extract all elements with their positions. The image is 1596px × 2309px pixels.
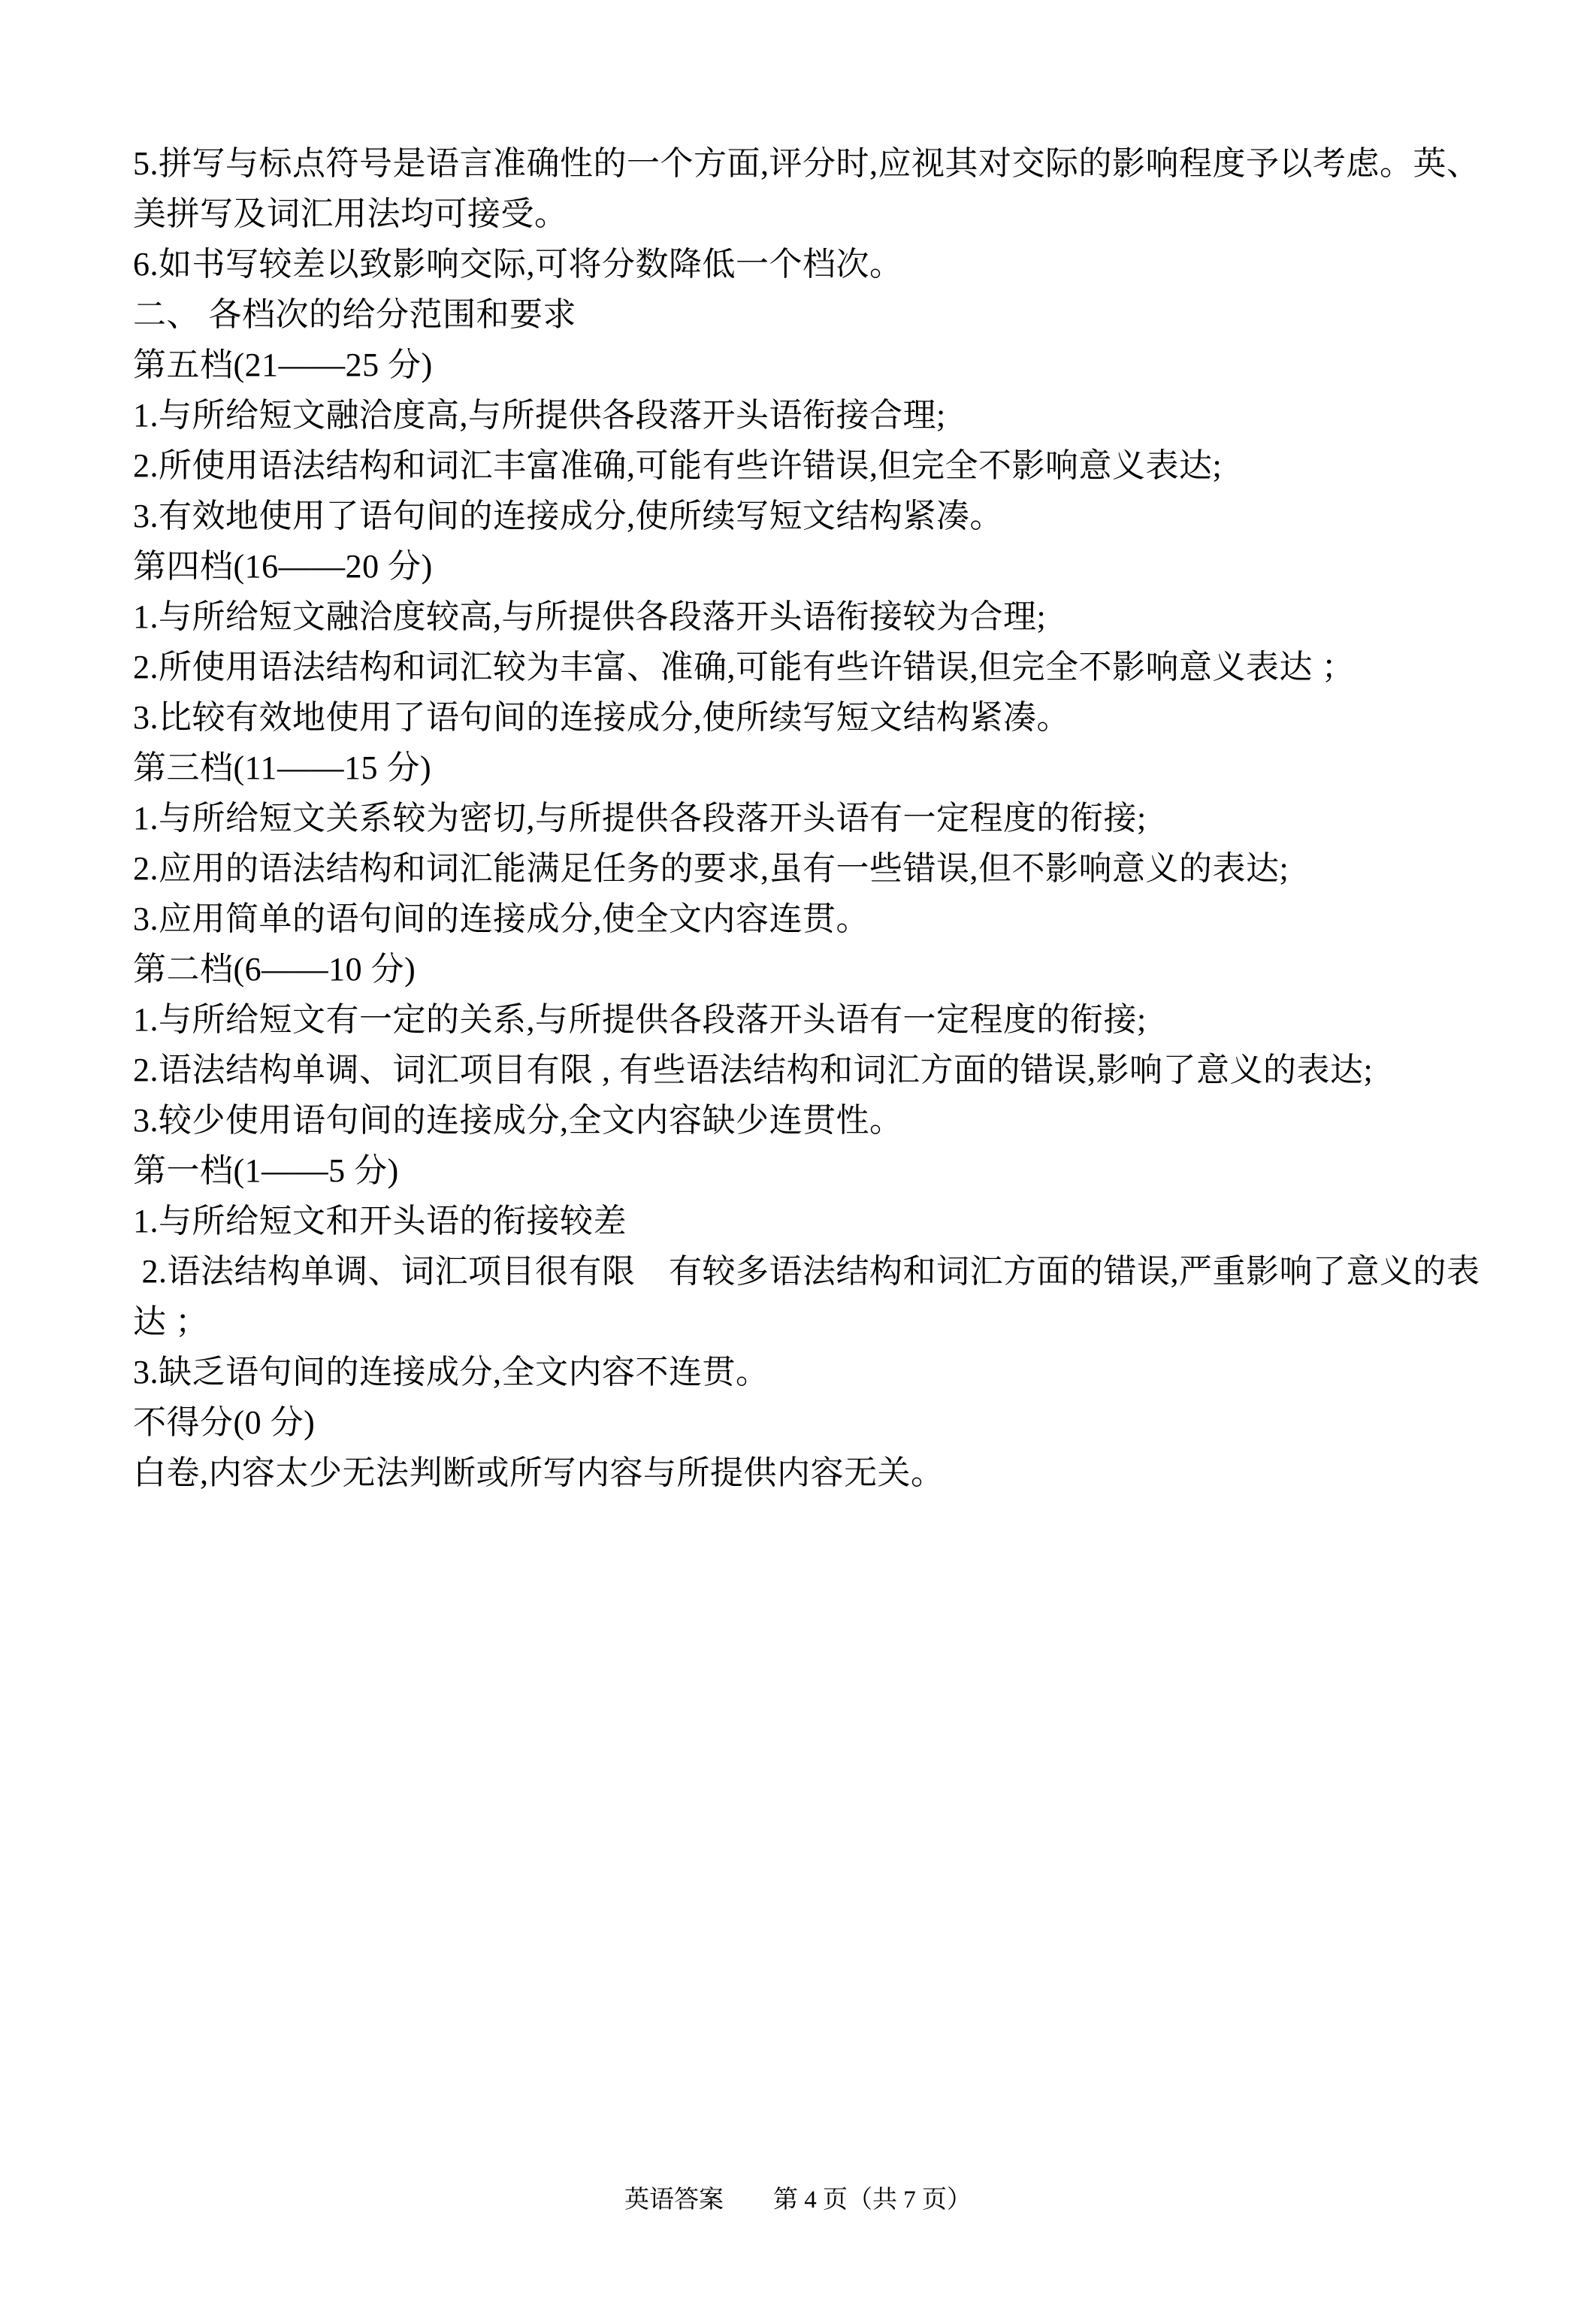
- band-3-criterion-1: 1.与所给短文关系较为密切,与所提供各段落开头语有一定程度的衔接;: [133, 793, 1516, 843]
- band-2-criterion-3: 3.较少使用语句间的连接成分,全文内容缺少连贯性。: [133, 1095, 1516, 1145]
- band-4-criterion-3: 3.比较有效地使用了语句间的连接成分,使所续写短文结构紧凑。: [133, 692, 1516, 743]
- band-4-criterion-2: 2.所使用语法结构和词汇较为丰富、准确,可能有些许错误,但完全不影响意义表达 ；: [133, 642, 1516, 692]
- band-5-criterion-1: 1.与所给短文融洽度高,与所提供各段落开头语衔接合理;: [133, 390, 1516, 440]
- no-score-description: 白卷,内容太少无法判断或所写内容与所提供内容无关。: [133, 1448, 1516, 1498]
- band-3-heading: 第三档(11——15 分): [133, 743, 1516, 793]
- band-4-criterion-1: 1.与所给短文融洽度较高,与所提供各段落开头语衔接较为合理;: [133, 592, 1516, 642]
- section-heading: 二、 各档次的给分范围和要求: [133, 289, 1516, 340]
- band-4-heading: 第四档(16——20 分): [133, 541, 1516, 592]
- band-1-criterion-2-line-2: 达 ；: [133, 1297, 1516, 1347]
- band-1-heading: 第一档(1——5 分): [133, 1145, 1516, 1196]
- band-1-criterion-3: 3.缺乏语句间的连接成分,全文内容不连贯。: [133, 1347, 1516, 1397]
- rule-5-line-1: 5.拼写与标点符号是语言准确性的一个方面,评分时,应视其对交际的影响程度予以考虑…: [133, 138, 1516, 189]
- document-page: 5.拼写与标点符号是语言准确性的一个方面,评分时,应视其对交际的影响程度予以考虑…: [0, 0, 1596, 2309]
- band-2-criterion-2: 2.语法结构单调、词汇项目有限 , 有些语法结构和词汇方面的错误,影响了意义的表…: [133, 1045, 1516, 1095]
- band-1-criterion-2-line-1: 2.语法结构单调、词汇项目很有限 有较多语法结构和词汇方面的错误,严重影响了意义…: [133, 1246, 1516, 1297]
- band-5-criterion-3: 3.有效地使用了语句间的连接成分,使所续写短文结构紧凑。: [133, 491, 1516, 541]
- rule-5-line-2: 美拼写及词汇用法均可接受。: [133, 189, 1516, 239]
- rubric-text-block: 5.拼写与标点符号是语言准确性的一个方面,评分时,应视其对交际的影响程度予以考虑…: [133, 138, 1516, 1498]
- band-2-heading: 第二档(6——10 分): [133, 944, 1516, 994]
- page-footer: 英语答案 第 4 页（共 7 页）: [0, 2184, 1596, 2216]
- band-5-criterion-2: 2.所使用语法结构和词汇丰富准确,可能有些许错误,但完全不影响意义表达;: [133, 440, 1516, 491]
- band-1-criterion-1: 1.与所给短文和开头语的衔接较差: [133, 1196, 1516, 1246]
- band-2-criterion-1: 1.与所给短文有一定的关系,与所提供各段落开头语有一定程度的衔接;: [133, 994, 1516, 1045]
- no-score-heading: 不得分(0 分): [133, 1397, 1516, 1448]
- band-5-heading: 第五档(21——25 分): [133, 340, 1516, 390]
- band-3-criterion-2: 2.应用的语法结构和词汇能满足任务的要求,虽有一些错误,但不影响意义的表达;: [133, 843, 1516, 894]
- band-3-criterion-3: 3.应用简单的语句间的连接成分,使全文内容连贯。: [133, 894, 1516, 944]
- rule-6: 6.如书写较差以致影响交际,可将分数降低一个档次。: [133, 239, 1516, 289]
